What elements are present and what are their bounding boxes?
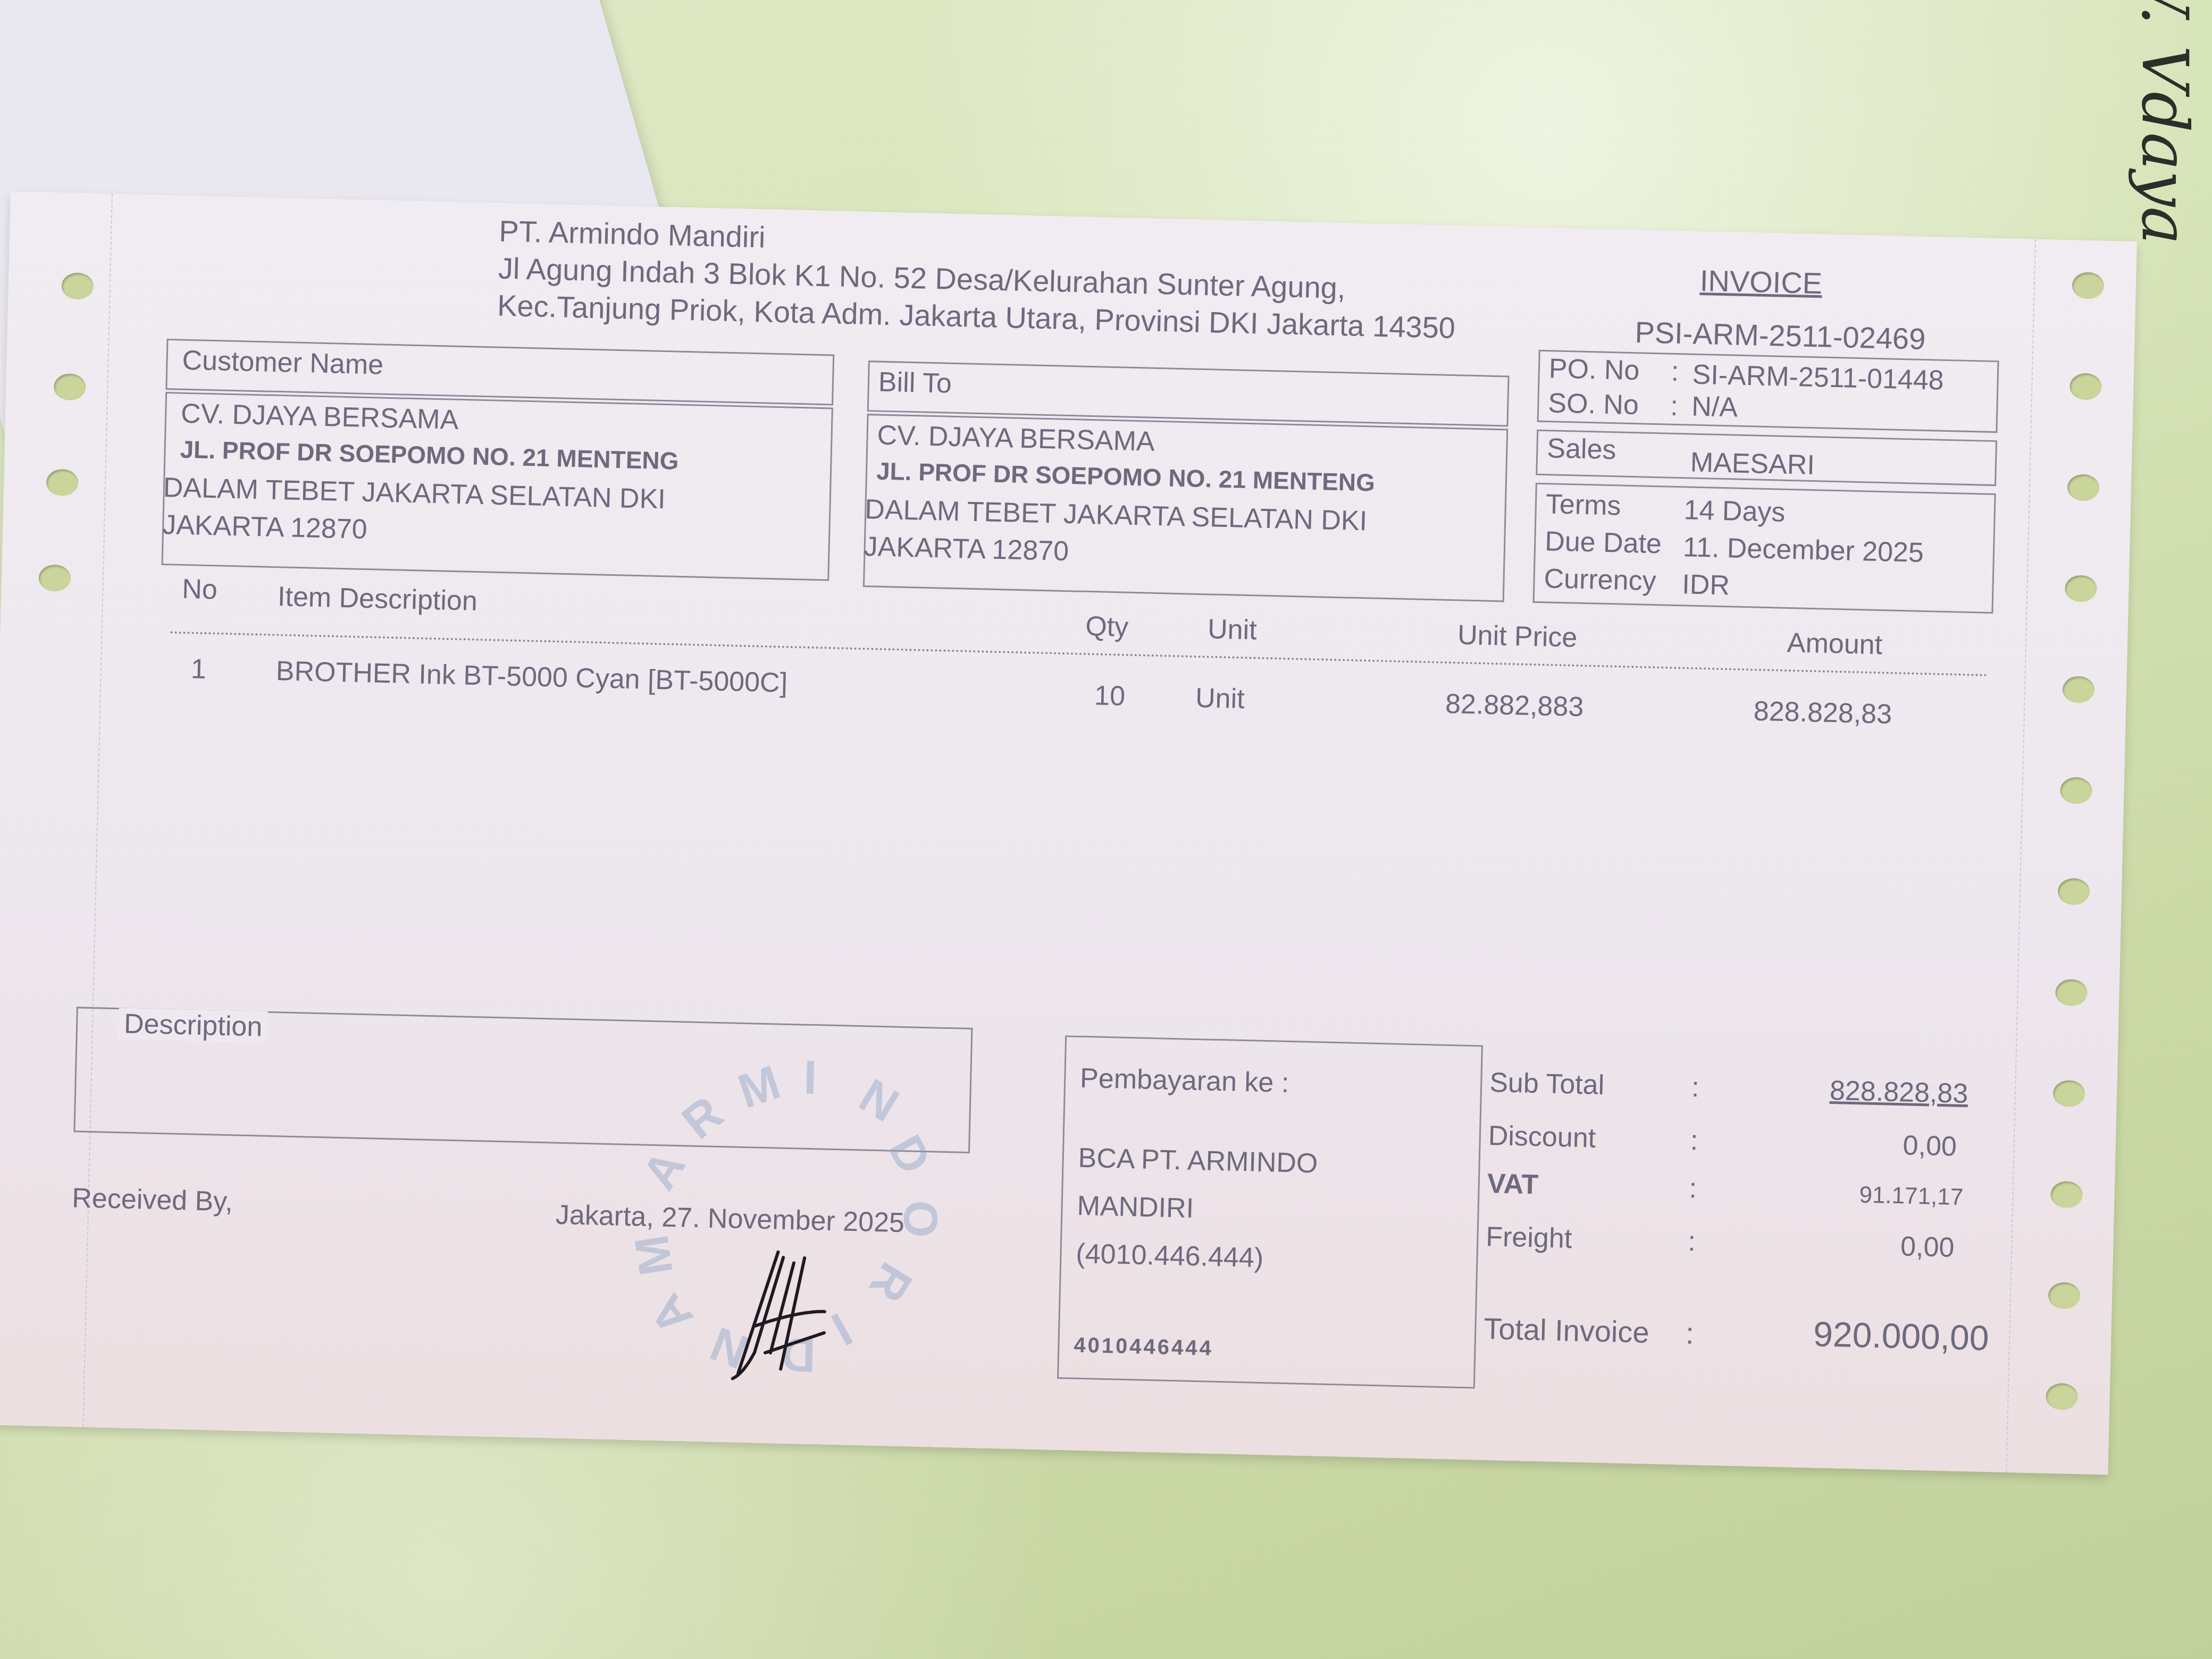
invoice-title: INVOICE — [1699, 263, 1823, 300]
col-price: Unit Price — [1457, 619, 1578, 653]
bill-to-address-3: JAKARTA 12870 — [864, 531, 1069, 567]
signature — [717, 1245, 858, 1387]
col-amount: Amount — [1787, 627, 1883, 661]
customer-name: CV. DJAYA BERSAMA — [181, 398, 459, 436]
received-by: Received By, — [72, 1182, 233, 1218]
payment-label: Pembayaran ke : — [1080, 1062, 1289, 1099]
customer-address-3: JAKARTA 12870 — [162, 509, 368, 546]
bill-to-name: CV. DJAYA BERSAMA — [877, 420, 1155, 458]
freight-value: 0,00 — [1900, 1230, 1955, 1263]
so-value: N/A — [1691, 391, 1738, 424]
due-date-value: 11. December 2025 — [1682, 531, 1924, 569]
subtotal-label: Sub Total — [1489, 1067, 1605, 1101]
invoice-number: PSI-ARM-2511-02469 — [1635, 315, 1926, 356]
barcode-text: 4010446444 — [1074, 1334, 1213, 1361]
currency-label: Currency — [1544, 563, 1656, 597]
tractor-strip-left — [0, 191, 113, 1427]
sep: : — [1689, 1172, 1697, 1204]
description-label: Description — [118, 1008, 267, 1043]
discount-value: 0,00 — [1903, 1129, 1957, 1162]
sep: : — [1686, 1316, 1695, 1351]
total-value: 920.000,00 — [1813, 1313, 1989, 1358]
row-no: 1 — [190, 653, 206, 685]
sep: : — [1688, 1226, 1696, 1258]
bank-account: (4010.446.444) — [1076, 1238, 1264, 1274]
table-row: 1 BROTHER Ink BT-5000 Cyan [BT-5000C] 10… — [11, 191, 2137, 241]
row-qty: 10 — [1094, 680, 1126, 712]
vat-label: VAT — [1487, 1168, 1539, 1201]
row-unit: Unit — [1195, 682, 1245, 715]
terms-value: 14 Days — [1683, 494, 1786, 528]
vat-value: 91.171,17 — [1859, 1182, 1964, 1211]
company-name: PT. Armindo Mandiri — [499, 214, 766, 255]
po-value: SI-ARM-2511-01448 — [1692, 359, 1944, 397]
po-label: PO. No — [1548, 353, 1640, 387]
currency-value: IDR — [1682, 568, 1730, 601]
bill-to-label: Bill To — [878, 366, 952, 400]
sales-label: Sales — [1547, 432, 1616, 466]
discount-label: Discount — [1488, 1120, 1596, 1154]
sep: : — [1671, 356, 1679, 388]
row-desc: BROTHER Ink BT-5000 Cyan [BT-5000C] — [275, 655, 788, 699]
sales-value: MAESARI — [1690, 447, 1815, 481]
total-label: Total Invoice — [1484, 1311, 1650, 1350]
bank-line-2: MANDIRI — [1077, 1190, 1194, 1225]
subtotal-value: 828.828,83 — [1829, 1075, 1968, 1110]
sep: : — [1691, 1071, 1699, 1103]
terms-label: Terms — [1545, 488, 1621, 522]
col-no: No — [182, 573, 218, 606]
customer-label: Customer Name — [182, 345, 384, 381]
col-desc: Item Description — [277, 581, 477, 617]
due-date-label: Due Date — [1545, 525, 1662, 560]
row-price: 82.882,883 — [1445, 688, 1584, 723]
col-qty: Qty — [1085, 610, 1129, 643]
bank-line-1: BCA PT. ARMINDO — [1078, 1142, 1318, 1180]
row-amount: 828.828,83 — [1753, 696, 1892, 731]
freight-label: Freight — [1486, 1221, 1572, 1255]
so-label: SO. No — [1548, 387, 1639, 421]
handwritten-note: W. Vdaya — [2127, 0, 2201, 245]
tractor-strip-right — [2006, 239, 2137, 1475]
col-unit: Unit — [1208, 613, 1258, 646]
sep: : — [1670, 390, 1679, 422]
invoice-paper: PT. Armindo Mandiri Jl Agung Indah 3 Blo… — [0, 191, 2137, 1475]
sep: : — [1690, 1125, 1698, 1157]
